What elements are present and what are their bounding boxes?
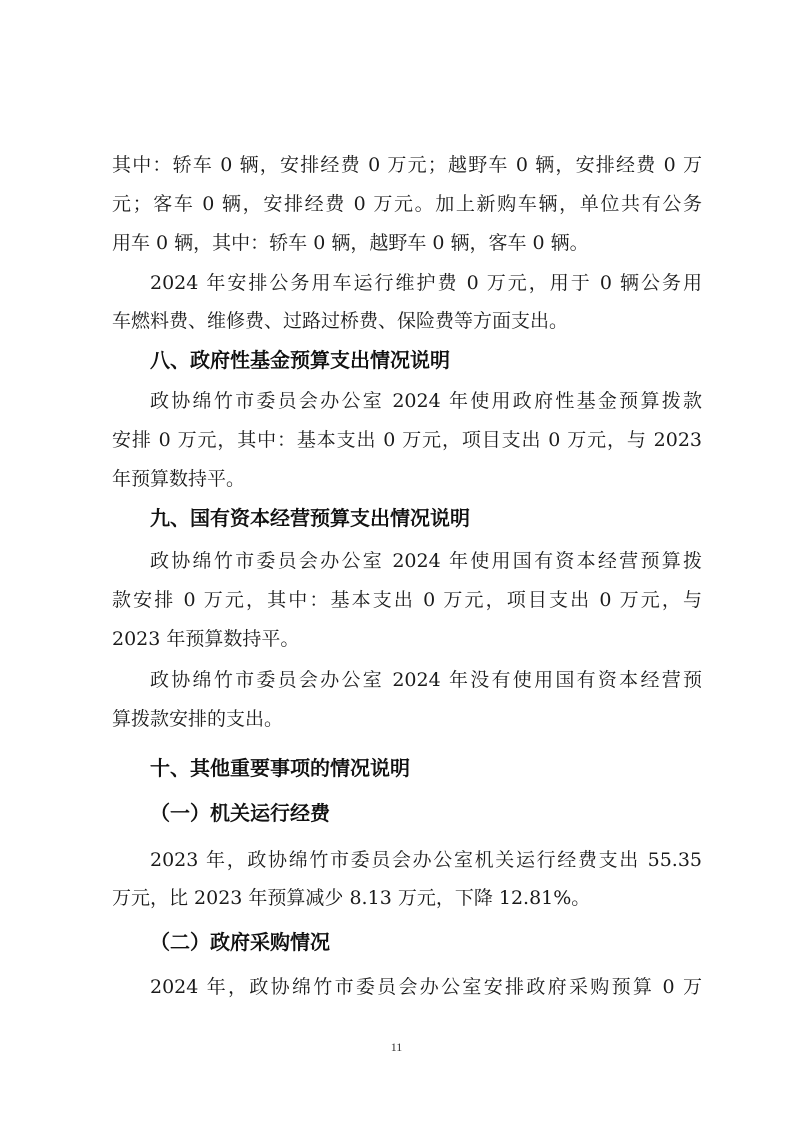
paragraph-line: 2023 年预算数持平。 xyxy=(112,624,702,654)
paragraph-line: 政协绵竹市委员会办公室 2024 年没有使用国有资本经营预 xyxy=(150,665,702,695)
document-page: 其中：轿车 0 辆，安排经费 0 万元；越野车 0 辆，安排经费 0 万 元；客… xyxy=(0,0,793,1122)
paragraph-line: 安排 0 万元，其中：基本支出 0 万元，项目支出 0 万元，与 2023 xyxy=(112,425,702,455)
section-heading-9: 九、国有资本经营预算支出情况说明 xyxy=(150,503,470,533)
paragraph-line: 万元，比 2023 年预算减少 8.13 万元，下降 12.81%。 xyxy=(112,883,702,913)
paragraph-line: 款安排 0 万元，其中：基本支出 0 万元，项目支出 0 万元，与 xyxy=(112,585,702,615)
page-number: 11 xyxy=(0,1040,793,1055)
paragraph-line: 政协绵竹市委员会办公室 2024 年使用政府性基金预算拨款 xyxy=(150,386,702,416)
paragraph-line: 车燃料费、维修费、过路过桥费、保险费等方面支出。 xyxy=(112,306,702,336)
paragraph-line: 2024 年安排公务用车运行维护费 0 万元，用于 0 辆公务用 xyxy=(150,268,702,298)
paragraph-line: 年预算数持平。 xyxy=(112,464,702,494)
paragraph-line: 2024 年，政协绵竹市委员会办公室安排政府采购预算 0 万 xyxy=(150,972,702,1002)
paragraph-line: 算拨款安排的支出。 xyxy=(112,704,702,734)
section-heading-8: 八、政府性基金预算支出情况说明 xyxy=(150,345,450,375)
subsection-heading-1: （一）机关运行经费 xyxy=(150,798,330,828)
paragraph-line: 元；客车 0 辆，安排经费 0 万元。加上新购车辆，单位共有公务 xyxy=(112,189,702,219)
subsection-heading-2: （二）政府采购情况 xyxy=(150,927,330,957)
paragraph-line: 用车 0 辆，其中：轿车 0 辆，越野车 0 辆，客车 0 辆。 xyxy=(112,228,702,258)
paragraph-line: 其中：轿车 0 辆，安排经费 0 万元；越野车 0 辆，安排经费 0 万 xyxy=(112,150,702,180)
paragraph-line: 政协绵竹市委员会办公室 2024 年使用国有资本经营预算拨 xyxy=(150,546,702,576)
paragraph-line: 2023 年，政协绵竹市委员会办公室机关运行经费支出 55.35 xyxy=(150,845,702,875)
section-heading-10: 十、其他重要事项的情况说明 xyxy=(150,753,410,783)
